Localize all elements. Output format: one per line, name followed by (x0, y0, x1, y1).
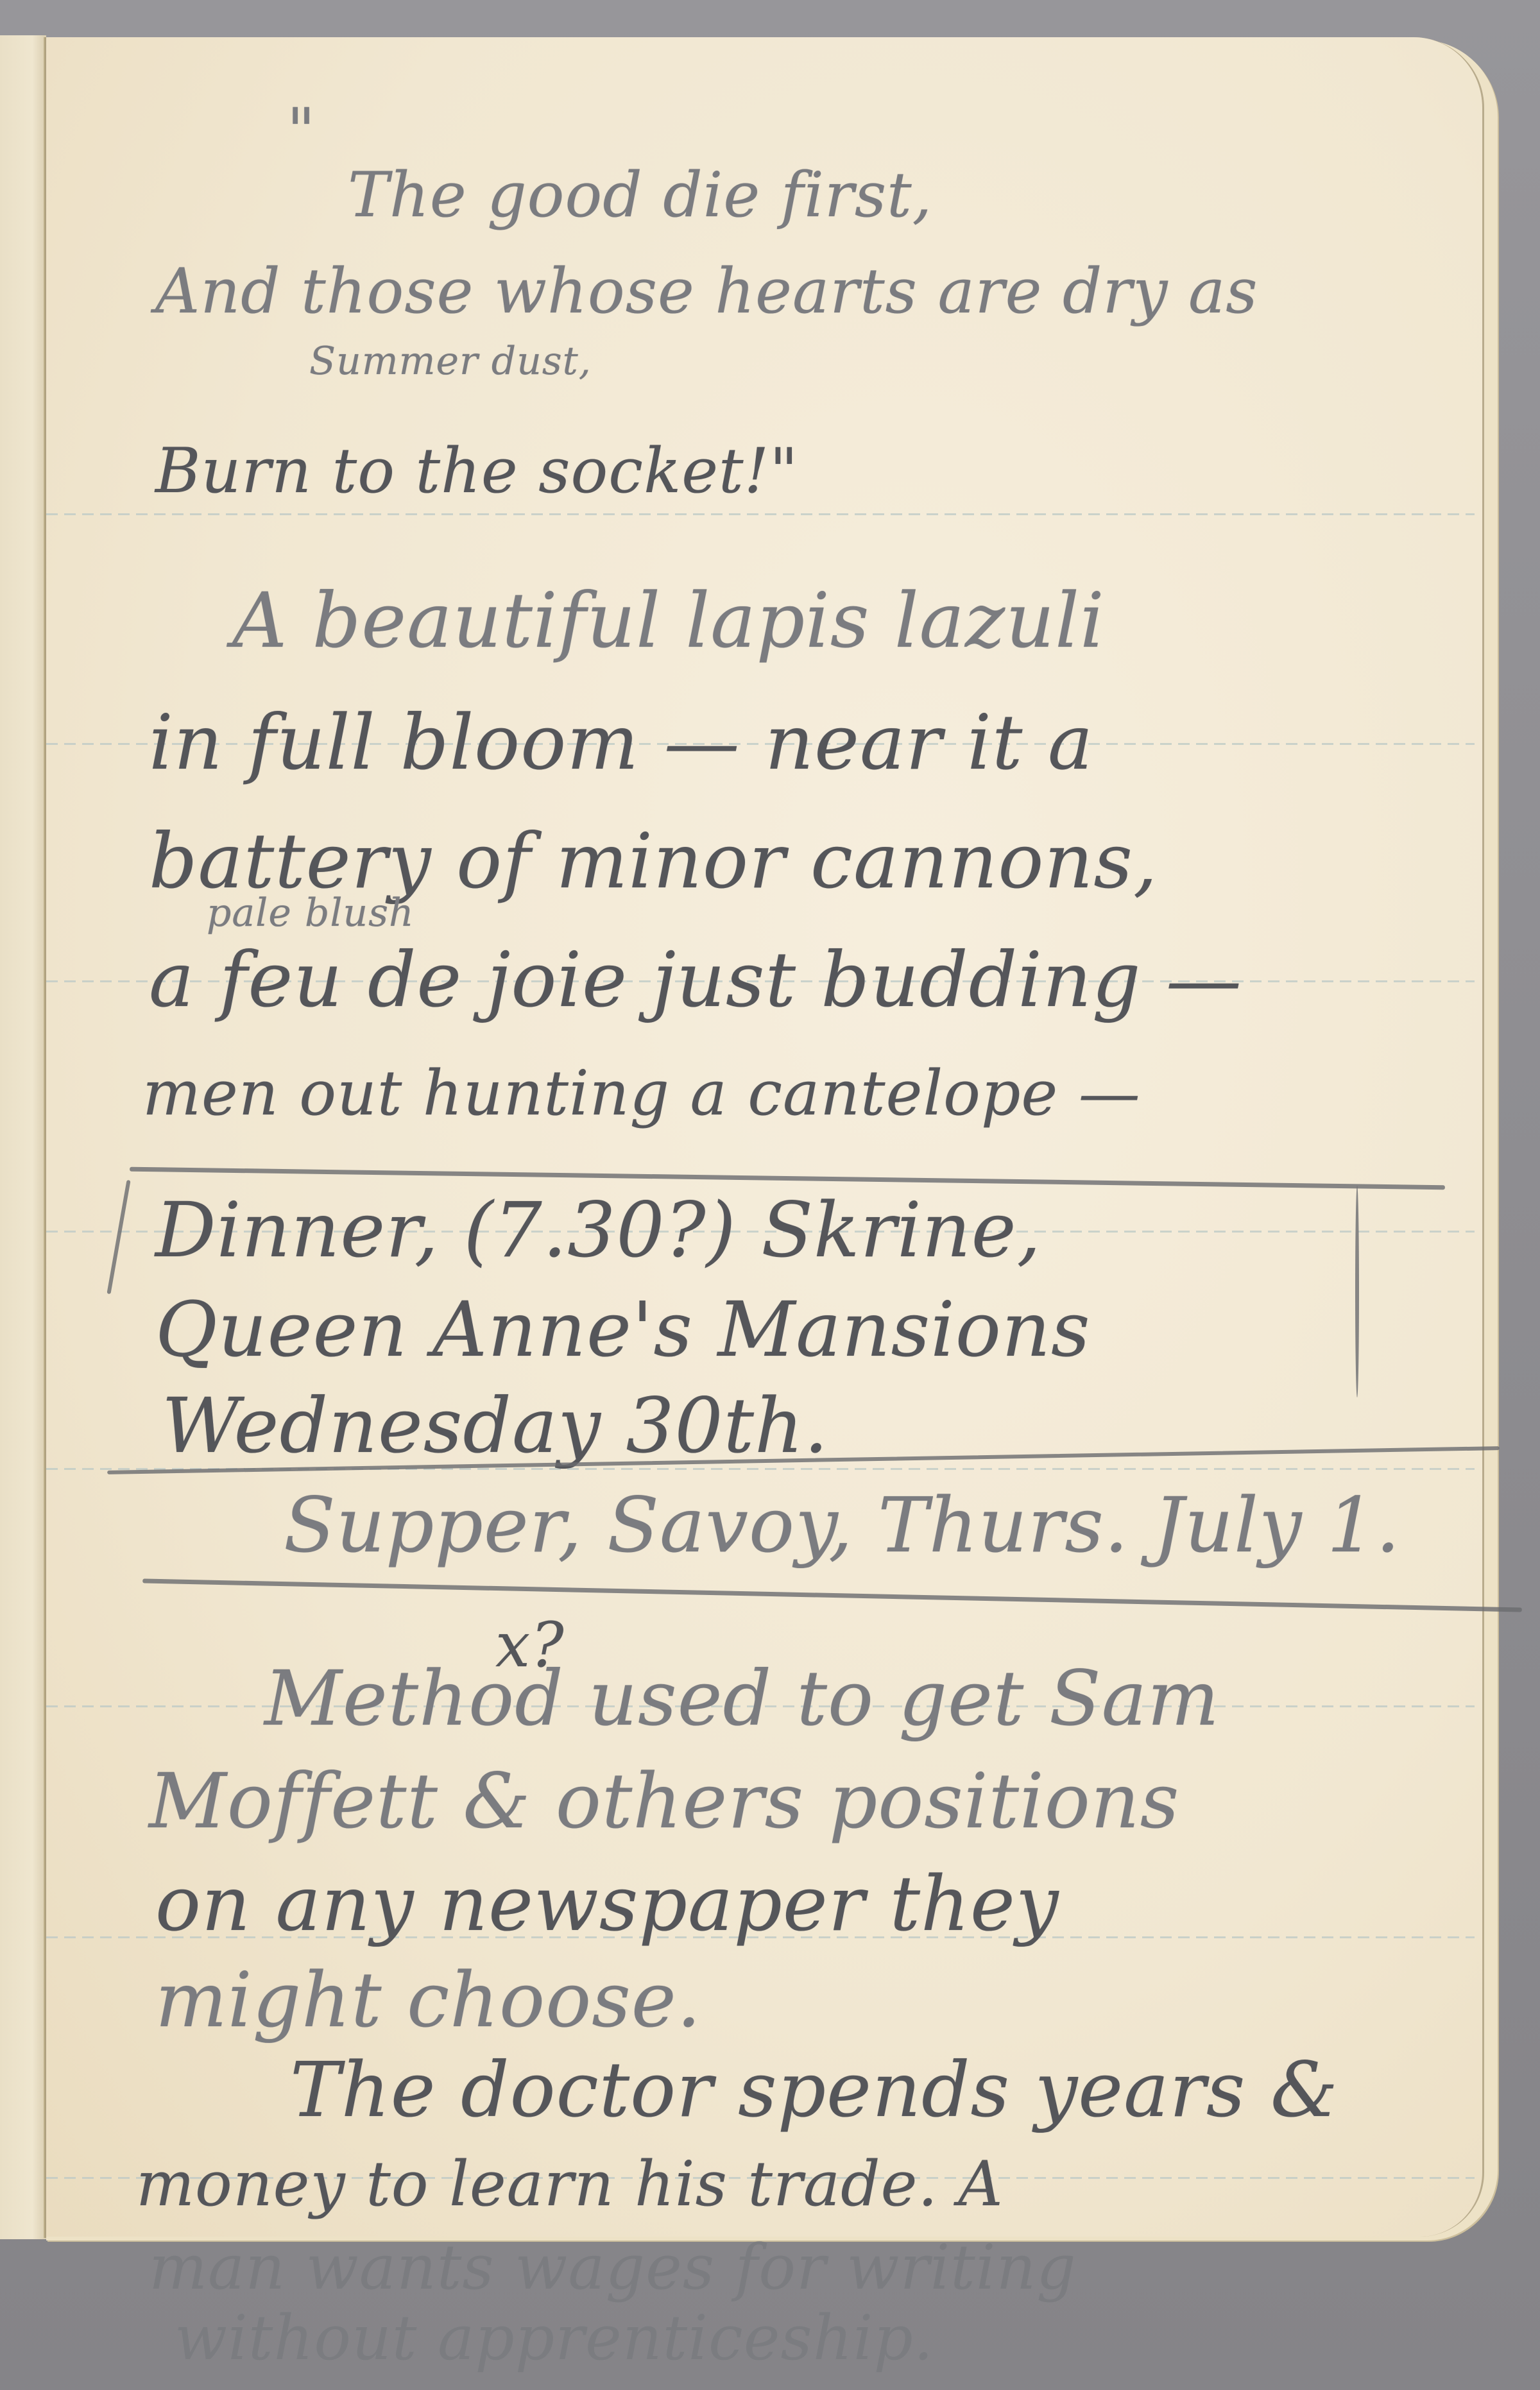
dinner-line-3: Wednesday 30th. (162, 1381, 829, 1470)
doctor-line-1: The doctor spends years & (290, 2045, 1339, 2134)
poem-line-2: And those whose hearts are dry as (155, 255, 1258, 327)
annotation-pale-blush: pale blush (207, 891, 415, 935)
description-line-2: in full bloom — near it a (149, 698, 1093, 787)
supper-line: Supper, Savoy, Thurs. July 1. (284, 1481, 1401, 1569)
method-line-2: Moffett & others positions (149, 1757, 1179, 1845)
description-line-1: A beautiful lapis lazuli (232, 576, 1105, 665)
poem-line-1: The good die first, (348, 159, 932, 231)
doctor-line-2: money to learn his trade. A (136, 2148, 1004, 2220)
poem-line-3: Summer dust, (309, 339, 592, 384)
description-line-5: men out hunting a cantelope — (142, 1057, 1141, 1129)
method-line-3: on any newspaper they (155, 1859, 1059, 1948)
dinner-line-2: Queen Anne's Mansions (155, 1285, 1091, 1374)
box-bottom-stroke (142, 1578, 1522, 1612)
doctor-line-3: man wants wages for writing (149, 2232, 1077, 2303)
description-line-4: a feu de joie just budding — (149, 935, 1242, 1024)
open-quote-mark: " (287, 95, 316, 167)
doctor-line-4: without apprenticeship. (175, 2302, 934, 2374)
facing-page-edge (0, 35, 46, 2239)
dinner-line-1: Dinner, (7.30?) Skrine, (155, 1186, 1041, 1274)
poem-line-4: Burn to the socket!" (155, 435, 798, 507)
box-right-bracket (1355, 1186, 1359, 1397)
notebook-page: " The good die first, And those whose he… (46, 37, 1484, 2237)
method-line-1: Method used to get Sam (264, 1654, 1220, 1743)
method-line-4: might choose. (155, 1956, 701, 2044)
ruled-line (46, 513, 1475, 515)
